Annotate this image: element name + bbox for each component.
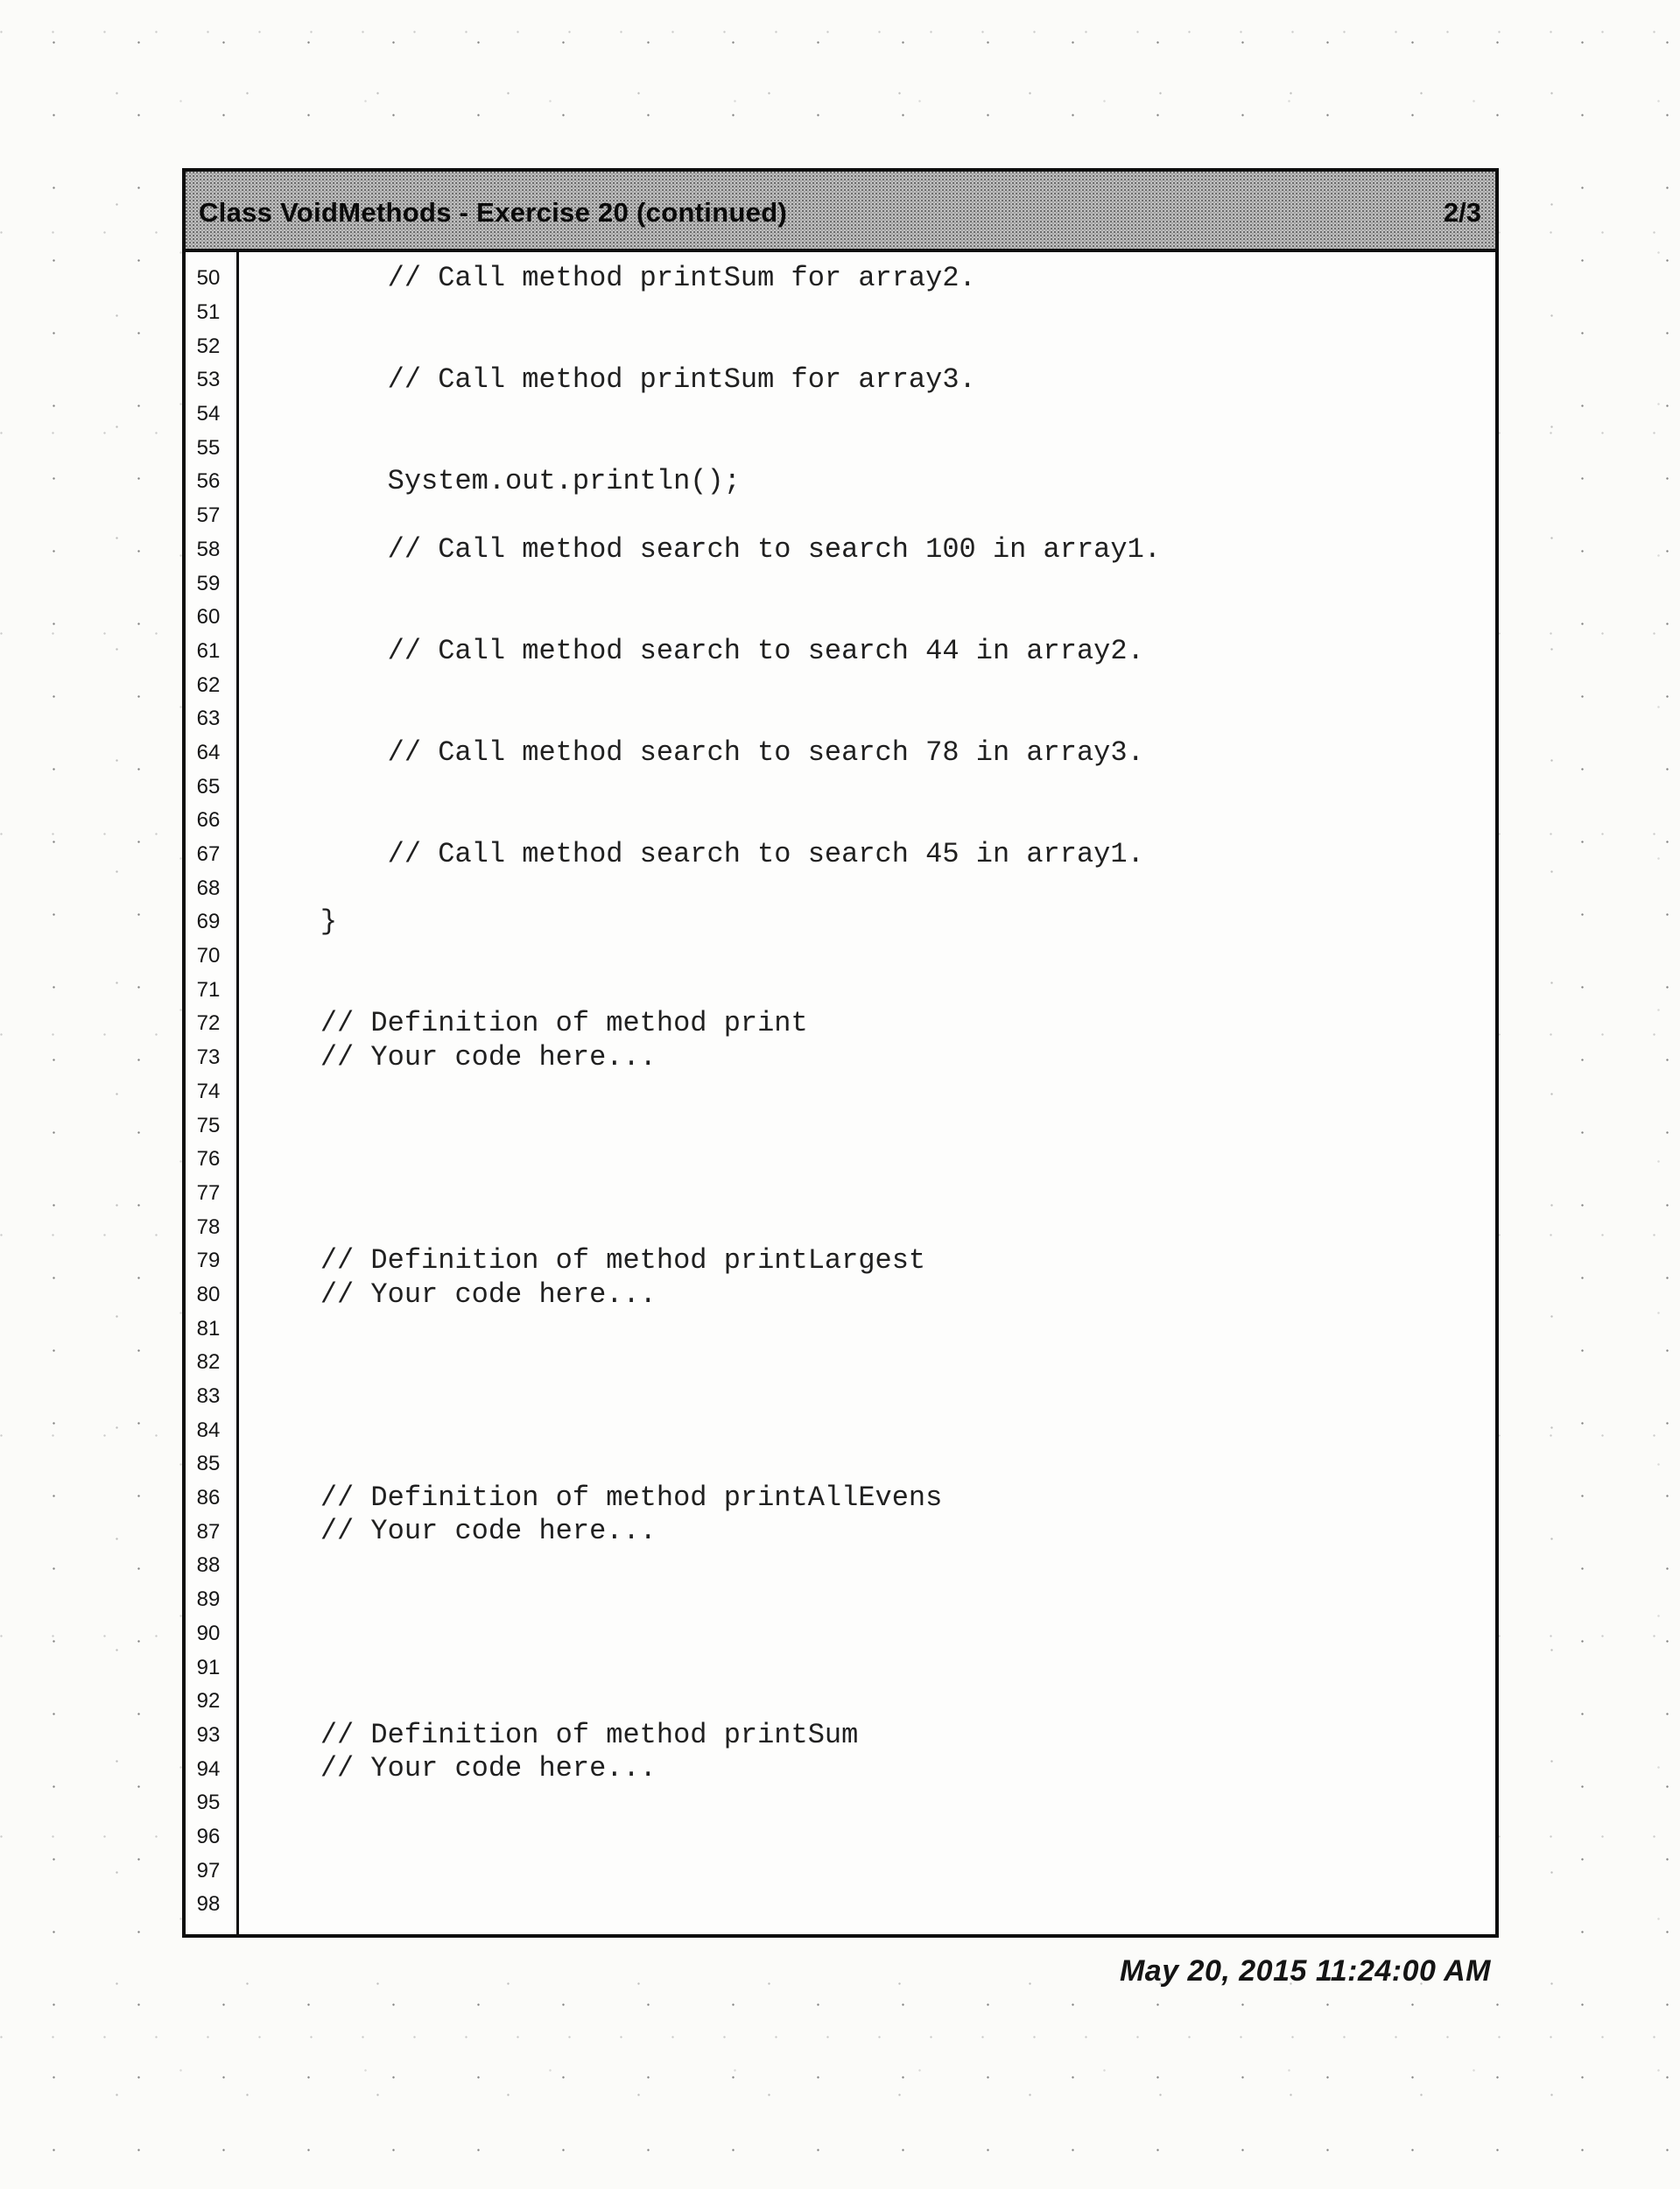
code-line-row: 59	[186, 567, 1495, 601]
line-number: 97	[186, 1859, 236, 1883]
line-number: 69	[186, 910, 236, 934]
line-number: 89	[186, 1587, 236, 1612]
line-number: 81	[186, 1317, 236, 1341]
line-code-text: // Definition of method printLargest	[236, 1244, 925, 1278]
code-line-row: 91	[186, 1651, 1495, 1685]
line-number: 50	[186, 266, 236, 291]
line-number: 51	[186, 300, 236, 325]
line-number: 63	[186, 707, 236, 731]
line-number: 96	[186, 1825, 236, 1849]
code-line-row: 83	[186, 1380, 1495, 1414]
line-number: 67	[186, 842, 236, 867]
code-line-row: 92	[186, 1685, 1495, 1719]
line-number: 90	[186, 1622, 236, 1646]
line-number: 58	[186, 538, 236, 562]
code-line-row: 50 // Call method printSum for array2.	[186, 262, 1495, 296]
line-code-text: // Call method printSum for array2.	[236, 262, 976, 296]
line-code-text: // Definition of method print	[236, 1007, 808, 1041]
code-line-row: 86 // Definition of method printAllEvens	[186, 1482, 1495, 1516]
line-number: 87	[186, 1520, 236, 1545]
line-code-text: // Call method search to search 78 in ar…	[236, 736, 1144, 771]
code-line-row: 52	[186, 329, 1495, 363]
line-number: 62	[186, 673, 236, 698]
code-line-row: 63	[186, 702, 1495, 736]
code-line-row: 97	[186, 1854, 1495, 1888]
line-code-text: // Definition of method printSum	[236, 1719, 858, 1753]
line-number: 73	[186, 1045, 236, 1070]
code-line-row: 61 // Call method search to search 44 in…	[186, 635, 1495, 669]
code-line-row: 93 // Definition of method printSum	[186, 1719, 1495, 1753]
line-number: 79	[186, 1249, 236, 1273]
code-line-row: 80 // Your code here...	[186, 1278, 1495, 1313]
code-line-row: 54	[186, 398, 1495, 432]
line-number: 76	[186, 1147, 236, 1172]
line-number: 64	[186, 741, 236, 765]
line-number: 92	[186, 1689, 236, 1714]
code-line-row: 95	[186, 1786, 1495, 1820]
code-line-row: 73 // Your code here...	[186, 1041, 1495, 1075]
line-code-text: // Call method search to search 44 in ar…	[236, 635, 1144, 669]
line-number: 61	[186, 639, 236, 664]
line-number: 84	[186, 1418, 236, 1443]
line-number: 65	[186, 775, 236, 799]
listing-header: Class VoidMethods - Exercise 20 (continu…	[186, 172, 1495, 252]
line-code-text: System.out.println();	[236, 465, 741, 499]
code-line-row: 66	[186, 804, 1495, 838]
code-line-row: 79 // Definition of method printLargest	[186, 1244, 1495, 1278]
line-number: 85	[186, 1452, 236, 1476]
code-line-row: 53 // Call method printSum for array3.	[186, 363, 1495, 398]
line-code-text: // Your code here...	[236, 1278, 657, 1313]
line-number: 71	[186, 978, 236, 1003]
code-line-row: 81	[186, 1312, 1495, 1346]
line-number: 74	[186, 1080, 236, 1104]
line-number: 75	[186, 1114, 236, 1138]
line-number: 72	[186, 1011, 236, 1036]
line-number: 59	[186, 572, 236, 596]
line-number: 88	[186, 1553, 236, 1578]
code-line-row: 68	[186, 871, 1495, 905]
code-rows: 50 // Call method printSum for array2. 5…	[186, 262, 1495, 1922]
line-number: 91	[186, 1656, 236, 1680]
line-number: 70	[186, 944, 236, 968]
line-code-text: // Your code here...	[236, 1041, 657, 1075]
line-number: 53	[186, 368, 236, 392]
code-line-row: 60	[186, 601, 1495, 635]
line-number: 98	[186, 1892, 236, 1917]
code-line-row: 74	[186, 1075, 1495, 1109]
line-number: 55	[186, 436, 236, 461]
code-line-row: 78	[186, 1210, 1495, 1244]
scanned-page: { "header": { "title": "Class VoidMethod…	[0, 0, 1680, 2189]
code-line-row: 94 // Your code here...	[186, 1752, 1495, 1786]
code-line-row: 87 // Your code here...	[186, 1515, 1495, 1549]
line-number: 82	[186, 1350, 236, 1375]
line-code-text: // Call method search to search 100 in a…	[236, 533, 1161, 567]
listing-title: Class VoidMethods - Exercise 20 (continu…	[199, 197, 787, 229]
code-line-row: 84	[186, 1413, 1495, 1447]
line-number: 57	[186, 503, 236, 528]
code-line-row: 77	[186, 1177, 1495, 1211]
line-number: 93	[186, 1723, 236, 1748]
line-code-text: // Call method search to search 45 in ar…	[236, 838, 1144, 872]
line-number: 54	[186, 402, 236, 426]
line-code-text: // Your code here...	[236, 1752, 657, 1786]
code-line-row: 72 // Definition of method print	[186, 1007, 1495, 1041]
line-number: 86	[186, 1486, 236, 1510]
code-line-row: 56 System.out.println();	[186, 465, 1495, 499]
code-line-row: 71	[186, 973, 1495, 1007]
line-code-text: // Call method printSum for array3.	[236, 363, 976, 398]
code-line-row: 89	[186, 1583, 1495, 1617]
code-line-row: 85	[186, 1447, 1495, 1482]
code-line-row: 51	[186, 296, 1495, 330]
code-line-row: 96	[186, 1820, 1495, 1855]
line-number: 68	[186, 876, 236, 901]
code-line-row: 62	[186, 668, 1495, 702]
code-line-row: 88	[186, 1549, 1495, 1583]
line-number: 80	[186, 1283, 236, 1307]
code-line-row: 98	[186, 1888, 1495, 1922]
code-line-row: 75	[186, 1109, 1495, 1143]
line-number: 78	[186, 1215, 236, 1240]
line-number: 66	[186, 808, 236, 833]
code-line-row: 70	[186, 940, 1495, 974]
line-number: 77	[186, 1181, 236, 1206]
print-timestamp: May 20, 2015 11:24:00 AM	[1120, 1954, 1491, 1988]
code-line-row: 55	[186, 431, 1495, 465]
code-line-row: 58 // Call method search to search 100 i…	[186, 533, 1495, 567]
line-number: 52	[186, 334, 236, 359]
code-line-row: 57	[186, 499, 1495, 533]
code-listing-box: Class VoidMethods - Exercise 20 (continu…	[182, 168, 1499, 1938]
line-number: 94	[186, 1757, 236, 1782]
line-number: 56	[186, 469, 236, 494]
line-number: 83	[186, 1384, 236, 1409]
line-code-text: // Definition of method printAllEvens	[236, 1482, 942, 1516]
code-line-row: 69 }	[186, 905, 1495, 940]
line-code-text: }	[236, 905, 337, 940]
code-line-row: 82	[186, 1346, 1495, 1380]
listing-body: 50 // Call method printSum for array2. 5…	[186, 252, 1495, 1934]
code-line-row: 64 // Call method search to search 78 in…	[186, 736, 1495, 771]
line-number: 60	[186, 605, 236, 630]
code-line-row: 67 // Call method search to search 45 in…	[186, 838, 1495, 872]
code-line-row: 90	[186, 1617, 1495, 1651]
code-line-row: 76	[186, 1143, 1495, 1177]
line-code-text: // Your code here...	[236, 1515, 657, 1549]
code-line-row: 65	[186, 770, 1495, 804]
line-number: 95	[186, 1791, 236, 1815]
page-indicator: 2/3	[1444, 197, 1481, 229]
